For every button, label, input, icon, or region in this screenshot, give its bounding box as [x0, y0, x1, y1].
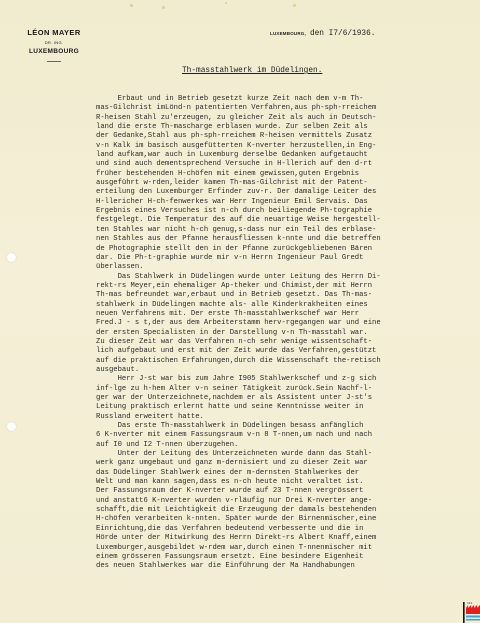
body-line: festgelegt. Die Temperatur des auf die n…: [96, 216, 480, 225]
body-line: ausgebaut.: [96, 366, 480, 375]
body-line: Fred.J - s t,der aus dem Arbeiterstamm h…: [96, 319, 480, 328]
letterhead-divider: [47, 61, 61, 62]
body-line: H-chöfen verarbeiten k-nnten. Später wur…: [96, 515, 480, 524]
body-line: R-heisen Stahl zu'erzeugen, zu gleicher …: [96, 114, 480, 123]
body-line: Unter der Leitung des Unterzeichneten wu…: [96, 450, 480, 459]
body-line: und anstatt6 K-nverter wurden v-rläufig …: [96, 497, 480, 506]
body-line: des neuen Stahlwerkes war die Einführung…: [96, 562, 480, 571]
paper-stain: [162, 6, 165, 9]
body-line: Erbaut und in Betrieb gesetzt kurze Zeit…: [96, 95, 480, 104]
body-line: dar. Die Ph-t-graphie wurde mir v-n Herr…: [96, 254, 480, 263]
body-line: der ersten Specialisten in der Darstellu…: [96, 329, 480, 338]
paper-stain: [225, 2, 227, 4]
body-line: Leitung praktisch erlernt hatte und sein…: [96, 403, 480, 412]
body-line: Der Fassungsraum der K-nverter wurde auf…: [96, 487, 480, 496]
letterhead: LÉON MAYER DR. ING. LUXEMBOURG: [22, 28, 86, 62]
paper-stain: [293, 4, 296, 7]
body-line: Welt und man kann sagen,dass es n-ch heu…: [96, 478, 480, 487]
body-line: überlassen.: [96, 263, 480, 272]
punch-hole-icon: [7, 253, 16, 262]
body-line: auf die praktischen Erfahrungen,durch di…: [96, 357, 480, 366]
body-line: schafft,die mit Leichtigkeit die Erzeugu…: [96, 506, 480, 515]
body-line: lich aufgebaut und erst mit der Zeit wur…: [96, 347, 480, 356]
body-line: Hörde unter der Mitwirkung des Herrn Dir…: [96, 534, 480, 543]
body-line: einem grösseren Fassungsraum ersetzt. Ei…: [96, 553, 480, 562]
body-line: v-n Kalk im basisch ausgefütterten K-nve…: [96, 142, 480, 151]
body-line: Russland erweitert hatte.: [96, 413, 480, 422]
body-line: stahlwerk in Düdelingen machte als- alle…: [96, 301, 480, 310]
letterhead-name: LÉON MAYER: [22, 28, 86, 37]
paper-stain: [130, 4, 133, 7]
body-line: auf I0 und I2 T-nnen überzugehen.: [96, 441, 480, 450]
body-line: Luxemburger,ausgebildet w-rdem war,durch…: [96, 544, 480, 553]
body-line: das Düdelinger Stahlwerk eines der m-der…: [96, 469, 480, 478]
body-line: ten Stahles war nicht h-ch genug,s-dass …: [96, 226, 480, 235]
body-line: inf-lge zu h-hem Alter v-n seiner Tätigk…: [96, 385, 480, 394]
body-line: Das Stahlwerk in Düdelingen wurde unter …: [96, 273, 480, 282]
body-line: Herr J-st war bis zum Jahre I905 Stahlwe…: [96, 375, 480, 384]
body-line: nen Stahles aus der Pfanne herausfliesse…: [96, 235, 480, 244]
svg-text:111: 111: [467, 602, 473, 605]
document-page: LÉON MAYER DR. ING. LUXEMBOURG LUXEMBOUR…: [0, 0, 480, 623]
body-line: mas-Gilchrist imLönd-n patentierten Verf…: [96, 104, 480, 113]
body-line: 6 K-nverter mit einem Fassungsraum v-n 8…: [96, 431, 480, 440]
body-line: Th-mas befreundet war,erbaut und in Betr…: [96, 291, 480, 300]
document-heading: Th-masstahlwerk im Düdelingen.: [182, 67, 322, 75]
body-line: neuen Verfahrens mit. Der erste Th-masst…: [96, 310, 480, 319]
body-line: und sind auch dementsprechend Versuche i…: [96, 160, 480, 169]
dateline-date: den I7/6/1936.: [310, 30, 376, 38]
letterhead-title: DR. ING.: [22, 40, 86, 45]
punch-hole-icon: [7, 422, 16, 431]
body-line: land die erste Th-mascharge erblasen wur…: [96, 123, 480, 132]
body-line: land aufkam,war auch in Luxemburg dersel…: [96, 151, 480, 160]
body-line: rekt-rs Meyer,ein ehemaliger Ap-theker u…: [96, 282, 480, 291]
body-line: der Gedanke,Stahl aus ph-sph-rreichem R-…: [96, 132, 480, 141]
body-line: erteilung den Luxemburger Erfinder zuv-r…: [96, 188, 480, 197]
document-body: Erbaut und in Betrieb gesetzt kurze Zeit…: [96, 95, 480, 572]
body-line: Einrichtung,die das Verfahren bedeutend …: [96, 525, 480, 534]
dateline: LUXEMBOURG,den I7/6/1936.: [270, 30, 375, 38]
dateline-city: LUXEMBOURG,: [270, 31, 306, 36]
body-line: ger war der Unterzeichnete,nachdem er al…: [96, 394, 480, 403]
body-line: Das erste Th-masstahlwerk in Düdelingen …: [96, 422, 480, 431]
factory-logo-icon: 111: [462, 600, 480, 623]
letterhead-city: LUXEMBOURG: [22, 48, 86, 55]
body-line: ausgeführt w-rden,leider kamen Th-mas-Gi…: [96, 179, 480, 188]
body-line: werk ganz umgebaut und ganz m-dernisiert…: [96, 459, 480, 468]
body-line: früher bestehenden H-chöfen mit einem ge…: [96, 170, 480, 179]
body-line: de Photographie stellt den in der Pfanne…: [96, 245, 480, 254]
body-line: Zu dieser Zeit war das Verfahren n-ch se…: [96, 338, 480, 347]
body-line: Ergebnis eines Versuches ist n-ch durch …: [96, 207, 480, 216]
body-line: H-llericher H-ch-fenwerkes war Herr Inge…: [96, 198, 480, 207]
